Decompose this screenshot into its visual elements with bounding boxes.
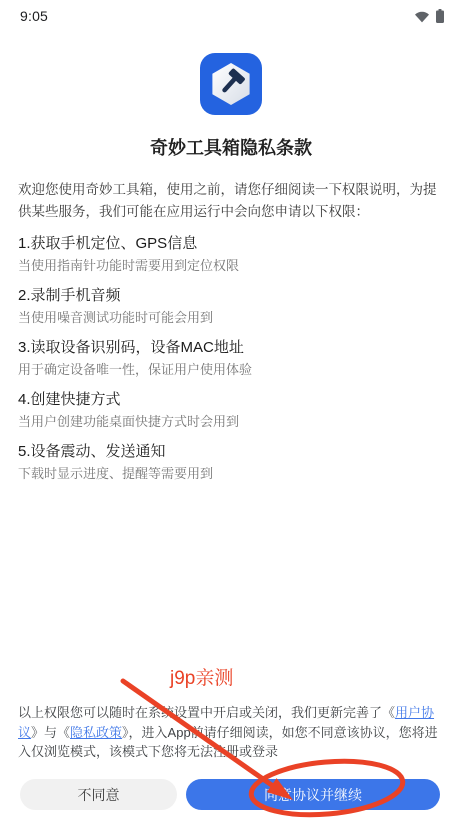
hammer-icon bbox=[207, 60, 255, 108]
footer-text-part2: 》与《 bbox=[31, 725, 70, 740]
permission-item: 5.设备震动、发送通知 下载时显示进度、提醒等需要用到 bbox=[18, 442, 444, 483]
footer-text-part1: 以上权限您可以随时在系统设置中开启或关闭，我们更新完善了《 bbox=[18, 705, 395, 720]
intro-text: 欢迎您使用奇妙工具箱，使用之前，请您仔细阅读一下权限说明，为提供某些服务，我们可… bbox=[18, 179, 444, 223]
disagree-button[interactable]: 不同意 bbox=[20, 779, 177, 810]
permission-title: 4.创建快捷方式 bbox=[18, 390, 444, 410]
permission-desc: 当使用噪音测试功能时可能会用到 bbox=[18, 309, 444, 327]
wifi-icon bbox=[414, 10, 430, 23]
permission-title: 5.设备震动、发送通知 bbox=[18, 442, 444, 462]
permission-desc: 当用户创建功能桌面快捷方式时会用到 bbox=[18, 413, 444, 431]
privacy-terms-screen: 9:05 奇妙工具箱隐私条 bbox=[0, 0, 462, 823]
permission-item: 1.获取手机定位、GPS信息 当使用指南针功能时需要用到定位权限 bbox=[18, 234, 444, 275]
permission-title: 3.读取设备识别码，设备MAC地址 bbox=[18, 338, 444, 358]
footer-notice: 以上权限您可以随时在系统设置中开启或关闭，我们更新完善了《用户协议》与《隐私政策… bbox=[18, 703, 444, 762]
permission-title: 1.获取手机定位、GPS信息 bbox=[18, 234, 444, 254]
content: 欢迎您使用奇妙工具箱，使用之前，请您仔细阅读一下权限说明，为提供某些服务，我们可… bbox=[0, 179, 462, 483]
page-title: 奇妙工具箱隐私条款 bbox=[0, 134, 462, 160]
permission-item: 3.读取设备识别码，设备MAC地址 用于确定设备唯一性，保证用户使用体验 bbox=[18, 338, 444, 379]
privacy-policy-link[interactable]: 隐私政策 bbox=[70, 725, 122, 740]
status-icons bbox=[414, 9, 444, 23]
permission-item: 2.录制手机音频 当使用噪音测试功能时可能会用到 bbox=[18, 286, 444, 327]
agree-button[interactable]: 同意协议并继续 bbox=[186, 779, 440, 810]
permission-item: 4.创建快捷方式 当用户创建功能桌面快捷方式时会用到 bbox=[18, 390, 444, 431]
status-bar: 9:05 bbox=[0, 0, 462, 28]
permission-desc: 用于确定设备唯一性，保证用户使用体验 bbox=[18, 361, 444, 379]
battery-icon bbox=[436, 9, 444, 23]
permission-desc: 当使用指南针功能时需要用到定位权限 bbox=[18, 257, 444, 275]
annotation-label: j9p亲测 bbox=[170, 663, 233, 690]
permission-desc: 下载时显示进度、提醒等需要用到 bbox=[18, 465, 444, 483]
status-time: 9:05 bbox=[20, 8, 48, 24]
permission-title: 2.录制手机音频 bbox=[18, 286, 444, 306]
button-row: 不同意 同意协议并继续 bbox=[20, 779, 440, 810]
app-icon bbox=[200, 53, 262, 115]
permission-list: 1.获取手机定位、GPS信息 当使用指南针功能时需要用到定位权限 2.录制手机音… bbox=[18, 234, 444, 483]
